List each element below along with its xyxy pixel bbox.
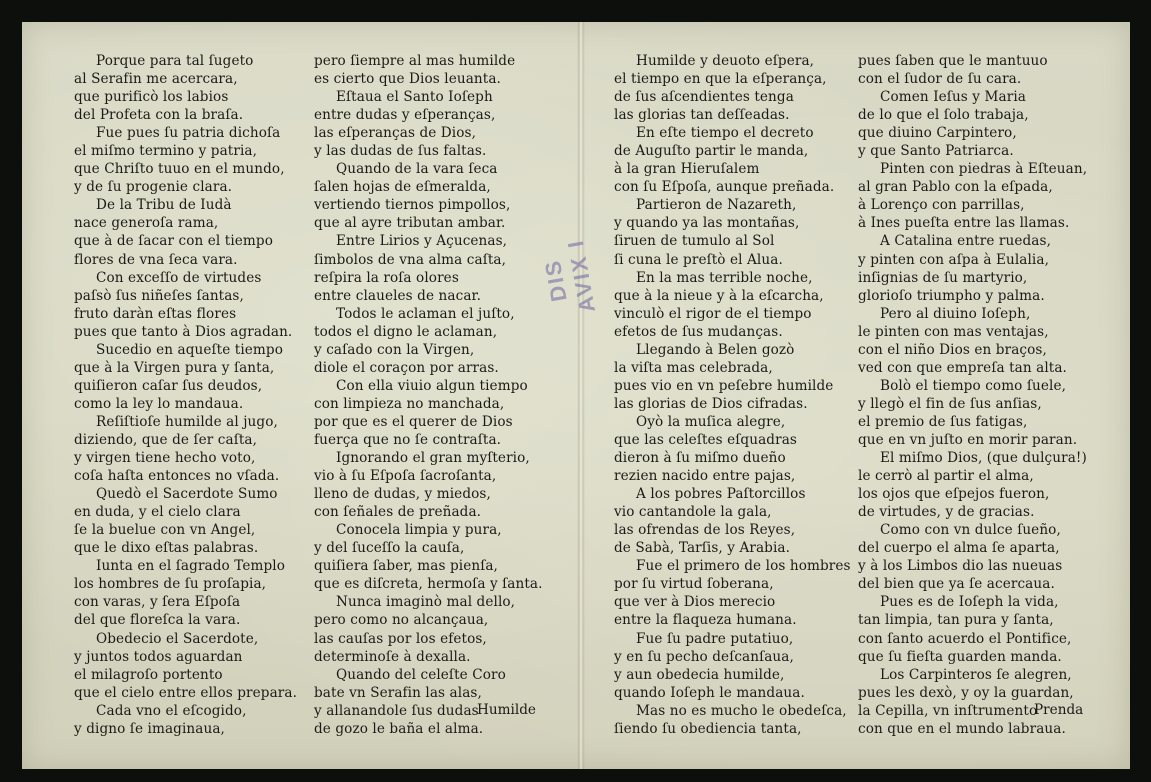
library-stamp: DIS AVIX I: [537, 237, 601, 319]
verse-line: pues ſaben que le mantuuo: [858, 52, 1087, 70]
verse-line: le cerrò al partir el alma,: [858, 467, 1087, 485]
verse-line: Fue ſu padre putatiuo,: [614, 630, 851, 648]
verse-line: la viſta mas celebrada,: [614, 359, 851, 377]
verse-line: Humilde y deuoto eſpera,: [614, 52, 851, 70]
verse-line: Conocela limpia y pura,: [314, 521, 543, 539]
verse-line: y aun obedecia humilde,: [614, 666, 851, 684]
verse-line: determinoſe à dexalla.: [314, 648, 543, 666]
verse-line: entre claueles de nacar.: [314, 287, 543, 305]
verse-line: Fue el primero de los hombres: [614, 557, 851, 575]
verse-line: Llegando à Belen gozò: [614, 341, 851, 359]
verse-line: Fue pues ſu patria dichoſa: [74, 124, 297, 142]
verse-line: entre dudas y eſperanças,: [314, 106, 543, 124]
verse-line: Los Carpinteros ſe alegren,: [858, 666, 1087, 684]
verse-line: las glorias tan deſſeadas.: [614, 106, 851, 124]
verse-line: Todos le aclaman el juſto,: [314, 305, 543, 323]
verse-line: rezien nacido entre pajas,: [614, 467, 851, 485]
verse-line: Bolò el tiempo como ſuele,: [858, 377, 1087, 395]
verse-line: à Lorenço con parrillas,: [858, 196, 1087, 214]
verse-line: las cauſas por los efetos,: [314, 630, 543, 648]
verse-line: Mas no es mucho le obedeſca,: [614, 702, 851, 720]
verse-line: El miſmo Dios, (que dulçura!): [858, 449, 1087, 467]
verse-line: los hombres de ſu proſapia,: [74, 575, 297, 593]
verse-line: y de ſu progenie clara.: [74, 178, 297, 196]
verse-line: y quando ya las montañas,: [614, 214, 851, 232]
verse-line: inſignias de ſu martyrio,: [858, 269, 1087, 287]
verse-line: nace generoſa rama,: [74, 214, 297, 232]
verse-line: que ver à Dios merecio: [614, 593, 851, 611]
verse-line: fuerça que no ſe contraſta.: [314, 431, 543, 449]
verse-line: flores de vna ſeca vara.: [74, 251, 297, 269]
verse-line: que diuino Carpintero,: [858, 124, 1087, 142]
verse-line: A Catalina entre ruedas,: [858, 232, 1087, 250]
verse-line: del cuerpo el alma ſe aparta,: [858, 539, 1087, 557]
verse-line: y llegò el fin de ſus anſias,: [858, 395, 1087, 413]
verse-line: con ſanto acuerdo el Pontifice,: [858, 630, 1087, 648]
verse-line: pero como no alcançaua,: [314, 611, 543, 629]
verse-line: y à los Limbos dio las nueuas: [858, 557, 1087, 575]
verse-line: dieron à ſu miſmo dueño: [614, 449, 851, 467]
verse-line: En la mas terrible noche,: [614, 269, 851, 287]
verse-line: de lo que el ſolo trabaja,: [858, 106, 1087, 124]
verse-line: Con exceſſo de virtudes: [74, 269, 297, 287]
verse-line: con limpieza no manchada,: [314, 395, 543, 413]
verse-line: Como con vn dulce ſueño,: [858, 521, 1087, 539]
verse-line: quando Ioſeph le mandaua.: [614, 684, 851, 702]
verse-line: es cierto que Dios leuanta.: [314, 70, 543, 88]
verse-line: con que en el mundo labraua.: [858, 720, 1087, 738]
verse-line: fruto daràn eſtas flores: [74, 305, 297, 323]
verse-line: los ojos que eſpejos fueron,: [858, 485, 1087, 503]
verse-line: y juntos todos aguardan: [74, 648, 297, 666]
verse-line: que el cielo entre ellos prepara.: [74, 684, 297, 702]
verse-line: que ſu fieſta guarden manda.: [858, 648, 1087, 666]
verse-line: de ſus aſcendientes tenga: [614, 88, 851, 106]
verse-line: pues vio en vn peſebre humilde: [614, 377, 851, 395]
verse-line: Partieron de Nazareth,: [614, 196, 851, 214]
verse-line: el tiempo en que la eſperança,: [614, 70, 851, 88]
verse-line: Obedecio el Sacerdote,: [74, 630, 297, 648]
verse-line: por ſu virtud ſoberana,: [614, 575, 851, 593]
verse-line: de gozo le baña el alma.: [314, 720, 543, 738]
verse-line: que al ayre tributan ambar.: [314, 214, 543, 232]
verse-line: con varas, y ſera Eſpoſa: [74, 593, 297, 611]
verse-line: Pinten con piedras à Eſteuan,: [858, 160, 1087, 178]
verse-line: Reſiſtioſe humilde al jugo,: [74, 413, 297, 431]
verse-line: Iunta en el ſagrado Templo: [74, 557, 297, 575]
verse-line: De la Tribu de Iudà: [74, 196, 297, 214]
verse-line: Quando del celeſte Coro: [314, 666, 543, 684]
catchword-left: Humilde: [477, 702, 536, 718]
verse-line: Entre Lirios y Açucenas,: [314, 232, 543, 250]
page-fold: [577, 22, 585, 769]
verse-line: las ofrendas de los Reyes,: [614, 521, 851, 539]
verse-line: y que Santo Patriarca.: [858, 142, 1087, 160]
verse-line: lleno de dudas, y miedos,: [314, 485, 543, 503]
verse-line: con el niño Dios en braços,: [858, 341, 1087, 359]
verse-line: las eſperanças de Dios,: [314, 124, 543, 142]
verse-line: que en vn juſto en morir paran.: [858, 431, 1087, 449]
verse-line: Porque para tal ſugeto: [74, 52, 297, 70]
verse-line: ſimbolos de vna alma caſta,: [314, 251, 543, 269]
verse-line: el milagroſo portento: [74, 666, 297, 684]
verse-line: Nunca imaginò mal dello,: [314, 593, 543, 611]
verse-line: como la ley lo mandaua.: [74, 395, 297, 413]
verse-line: à Ines pueſta entre las llamas.: [858, 214, 1087, 232]
text-column-4: pues ſaben que le mantuuocon el ſudor de…: [858, 52, 1087, 738]
verse-line: el premio de ſus fatigas,: [858, 413, 1087, 431]
verse-line: en duda, y el cielo clara: [74, 503, 297, 521]
verse-line: pues les dexò, y oy la guardan,: [858, 684, 1087, 702]
verse-line: Ignorando el gran myſterio,: [314, 449, 543, 467]
verse-line: vio cantandole la gala,: [614, 503, 851, 521]
verse-line: y en ſu pecho deſcanſaua,: [614, 648, 851, 666]
text-column-1: Porque para tal ſugetoal Serafin me acer…: [74, 52, 297, 738]
verse-line: Cada vno el eſcogido,: [74, 702, 297, 720]
verse-line: Comen Ieſus y Maria: [858, 88, 1087, 106]
verse-line: reſpira la roſa olores: [314, 269, 543, 287]
text-column-2: pero ſiempre al mas humildees cierto que…: [314, 52, 543, 738]
verse-line: ſalen hojas de eſmeralda,: [314, 178, 543, 196]
verse-line: y digno ſe imaginaua,: [74, 720, 297, 738]
catchword-right: Prenda: [1034, 702, 1083, 718]
verse-line: le pinten con mas ventajas,: [858, 323, 1087, 341]
text-column-3: Humilde y deuoto eſpera,el tiempo en que…: [614, 52, 851, 738]
verse-line: por que es el querer de Dios: [314, 413, 543, 431]
verse-line: que à la Virgen pura y ſanta,: [74, 359, 297, 377]
verse-line: Quando de la vara ſeca: [314, 160, 543, 178]
verse-line: quiſiera ſaber, mas pienſa,: [314, 557, 543, 575]
verse-line: todos el digno le aclaman,: [314, 323, 543, 341]
verse-line: A los pobres Paſtorcillos: [614, 485, 851, 503]
verse-line: ſiruen de tumulo al Sol: [614, 232, 851, 250]
verse-line: con el ſudor de ſu cara.: [858, 70, 1087, 88]
verse-line: ſi cuna le preſtò el Alua.: [614, 251, 851, 269]
verse-line: del Profeta con la braſa.: [74, 106, 297, 124]
verse-line: Con ella viuio algun tiempo: [314, 377, 543, 395]
verse-line: ſe la buelue con vn Angel,: [74, 521, 297, 539]
verse-line: pero ſiempre al mas humilde: [314, 52, 543, 70]
verse-line: el miſmo termino y patria,: [74, 142, 297, 160]
verse-line: coſa haſta entonces no vſada.: [74, 467, 297, 485]
verse-line: que las celeſtes eſquadras: [614, 431, 851, 449]
verse-line: ſiendo ſu obediencia tanta,: [614, 720, 851, 738]
verse-line: que à la nieue y à la eſcarcha,: [614, 287, 851, 305]
verse-line: del bien que ya ſe acercaua.: [858, 575, 1087, 593]
verse-line: Quedò el Sacerdote Sumo: [74, 485, 297, 503]
verse-line: al gran Pablo con la eſpada,: [858, 178, 1087, 196]
verse-line: Pero al diuino Ioſeph,: [858, 305, 1087, 323]
verse-line: pues que tanto à Dios agradan.: [74, 323, 297, 341]
verse-line: que à de ſacar con el tiempo: [74, 232, 297, 250]
verse-line: que le dixo eſtas palabras.: [74, 539, 297, 557]
verse-line: Pues es de Ioſeph la vida,: [858, 593, 1087, 611]
verse-line: vertiendo tiernos pimpollos,: [314, 196, 543, 214]
verse-line: efetos de ſus mudanças.: [614, 323, 851, 341]
verse-line: y pinten con aſpa à Eulalia,: [858, 251, 1087, 269]
verse-line: glorioſo triumpho y palma.: [858, 287, 1087, 305]
verse-line: diziendo, que de ſer caſta,: [74, 431, 297, 449]
verse-line: ved con que empreſa tan alta.: [858, 359, 1087, 377]
verse-line: que es diſcreta, hermoſa y ſanta.: [314, 575, 543, 593]
verse-line: las glorias de Dios cifradas.: [614, 395, 851, 413]
document-sheet: Porque para tal ſugetoal Serafin me acer…: [22, 22, 1130, 769]
verse-line: quiſieron caſar ſus deudos,: [74, 377, 297, 395]
verse-line: de Auguſto partir le manda,: [614, 142, 851, 160]
verse-line: del que floreſca la vara.: [74, 611, 297, 629]
verse-line: con ſu Eſpoſa, aunque preñada.: [614, 178, 851, 196]
verse-line: Oyò la muſica alegre,: [614, 413, 851, 431]
verse-line: y caſado con la Virgen,: [314, 341, 543, 359]
verse-line: de Sabà, Tarſis, y Arabia.: [614, 539, 851, 557]
verse-line: entre la flaqueza humana.: [614, 611, 851, 629]
verse-line: y virgen tiene hecho voto,: [74, 449, 297, 467]
verse-line: diole el coraçon por arras.: [314, 359, 543, 377]
verse-line: bate vn Serafin las alas,: [314, 684, 543, 702]
verse-line: En eſte tiempo el decreto: [614, 124, 851, 142]
verse-line: Eſtaua el Santo Ioſeph: [314, 88, 543, 106]
verse-line: que Chriſto tuuo en el mundo,: [74, 160, 297, 178]
verse-line: vinculò el rigor de el tiempo: [614, 305, 851, 323]
verse-line: tan limpia, tan pura y ſanta,: [858, 611, 1087, 629]
verse-line: al Serafin me acercara,: [74, 70, 297, 88]
verse-line: y del ſuceſſo la cauſa,: [314, 539, 543, 557]
verse-line: y las dudas de ſus faltas.: [314, 142, 543, 160]
verse-line: à la gran Hieruſalem: [614, 160, 851, 178]
verse-line: Sucedio en aqueſte tiempo: [74, 341, 297, 359]
verse-line: de virtudes, y de gracias.: [858, 503, 1087, 521]
verse-line: vio à ſu Eſpoſa ſacroſanta,: [314, 467, 543, 485]
verse-line: con ſeñales de preñada.: [314, 503, 543, 521]
verse-line: paſsò ſus niñeſes ſantas,: [74, 287, 297, 305]
verse-line: que purificò los labios: [74, 88, 297, 106]
